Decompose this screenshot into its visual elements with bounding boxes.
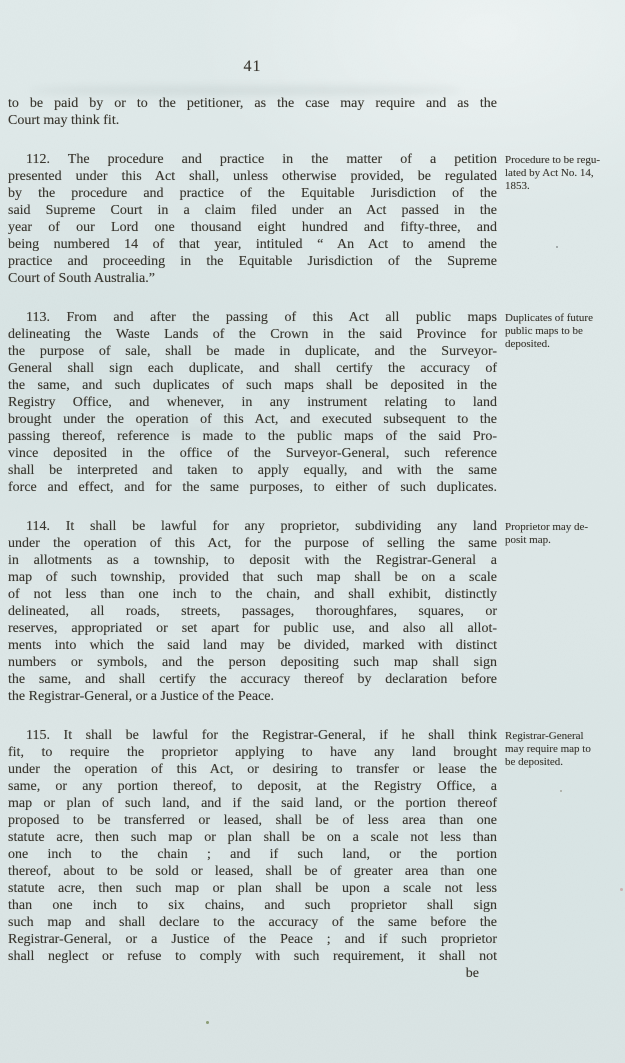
text-line: passing thereof, reference is made to th…: [8, 428, 497, 445]
text-line: by the procedure and practice of the Equ…: [8, 185, 497, 202]
text-line: shall be interpreted and taken to apply …: [8, 462, 497, 479]
text-line: brought under the operation of this Act,…: [8, 411, 497, 428]
margin-note-line: may require map to: [505, 743, 625, 756]
scanned-page: 41 to be paid by or to the petitioner, a…: [0, 0, 625, 1063]
text-line: proposed to be transferred or leased, sh…: [8, 812, 497, 829]
text-line: such map and shall declare to the accura…: [8, 914, 497, 931]
section-115: 115. It shall be lawful for the Registra…: [8, 727, 622, 982]
text-line: Registrar-General, or a Justice of the P…: [8, 931, 497, 948]
paragraph-continuation: to be paid by or to the petitioner, as t…: [8, 95, 622, 129]
scan-smudge: [30, 86, 460, 95]
text-line: delineated, all roads, streets, passages…: [8, 603, 497, 620]
text-line: 115. It shall be lawful for the Registra…: [8, 727, 497, 744]
text-line: map of such township, provided that such…: [8, 569, 497, 586]
text-line: map or plan of such land, and if the sai…: [8, 795, 497, 812]
text-line: than one inch to six chains, and such pr…: [8, 897, 497, 914]
text-line: the same, and such duplicates of such ma…: [8, 377, 497, 394]
page-content: to be paid by or to the petitioner, as t…: [8, 95, 622, 1004]
margin-note-line: lated by Act No. 14,: [505, 167, 625, 180]
text-line: being numbered 14 of that year, intitule…: [8, 236, 497, 253]
text-line: statute acre, then such map or plan shal…: [8, 829, 497, 846]
section-113: 113. From and after the passing of this …: [8, 309, 622, 496]
margin-note-line: posit map.: [505, 534, 625, 547]
margin-note-line: Registrar-General: [505, 730, 625, 743]
margin-note-line: public maps to be: [505, 325, 625, 338]
text-line: thereof, about to be sold or leased, sha…: [8, 863, 497, 880]
ink-speck: [206, 1021, 209, 1024]
text-line: General shall sign each duplicate, and s…: [8, 360, 497, 377]
text-line: the purpose of sale, shall be made in du…: [8, 343, 497, 360]
page-number: 41: [8, 58, 497, 76]
paragraph-text: to be paid by or to the petitioner, as t…: [8, 95, 497, 129]
text-line: shall neglect or refuse to comply with s…: [8, 948, 497, 965]
text-line: in allotments as a township, to deposit …: [8, 552, 497, 569]
text-line: 112. The procedure and practice in the m…: [8, 151, 497, 168]
text-line: of not less than one inch to the chain, …: [8, 586, 497, 603]
text-line: year of our Lord one thousand eight hund…: [8, 219, 497, 236]
margin-note: Registrar-Generalmay require map tobe de…: [505, 730, 625, 769]
text-line: said Supreme Court in a claim filed unde…: [8, 202, 497, 219]
margin-note-line: be deposited.: [505, 756, 625, 769]
text-line: statute acre, then such map or plan shal…: [8, 880, 497, 897]
text-line: 113. From and after the passing of this …: [8, 309, 497, 326]
text-line: Court of South Australia.”: [8, 270, 497, 287]
text-line: the same, and shall certify the accuracy…: [8, 671, 497, 688]
paragraph-text: 112. The procedure and practice in the m…: [8, 151, 497, 287]
text-line: under the operation of this Act, for the…: [8, 535, 497, 552]
text-line: fit, to require the proprietor applying …: [8, 744, 497, 761]
text-line: under the operation of this Act, or desi…: [8, 761, 497, 778]
catchword-line: be: [8, 965, 497, 982]
margin-note-line: Duplicates of future: [505, 312, 625, 325]
text-line: Court may think fit.: [8, 112, 497, 129]
text-line: the Registrar-General, or a Justice of t…: [8, 688, 497, 705]
text-line: vince deposited in the office of the Sur…: [8, 445, 497, 462]
margin-note-line: deposited.: [505, 338, 625, 351]
text-line: 114. It shall be lawful for any propriet…: [8, 518, 497, 535]
text-line: delineating the Waste Lands of the Crown…: [8, 326, 497, 343]
paragraph-text: 115. It shall be lawful for the Registra…: [8, 727, 497, 982]
text-line: practice and proceeding in the Equitable…: [8, 253, 497, 270]
margin-note: Duplicates of futurepublic maps to bedep…: [505, 312, 625, 351]
text-line: one inch to the chain ; and if such land…: [8, 846, 497, 863]
text-line: same, or any portion thereof, to deposit…: [8, 778, 497, 795]
text-line: to be paid by or to the petitioner, as t…: [8, 95, 497, 112]
margin-note-line: 1853.: [505, 180, 625, 193]
section-114: 114. It shall be lawful for any propriet…: [8, 518, 622, 705]
text-line: ments into which the said land may be di…: [8, 637, 497, 654]
paragraph-text: 114. It shall be lawful for any propriet…: [8, 518, 497, 705]
section-112: 112. The procedure and practice in the m…: [8, 151, 622, 287]
margin-note-line: Proprietor may de-: [505, 521, 625, 534]
text-line: reserves, appropriated or set apart for …: [8, 620, 497, 637]
margin-note: Proprietor may de-posit map.: [505, 521, 625, 547]
paragraph-text: 113. From and after the passing of this …: [8, 309, 497, 496]
text-line: numbers or symbols, and the person depos…: [8, 654, 497, 671]
text-line: force and effect, and for the same purpo…: [8, 479, 497, 496]
margin-note-line: Procedure to be regu-: [505, 154, 625, 167]
margin-note: Procedure to be regu-lated by Act No. 14…: [505, 154, 625, 193]
text-line: Registry Office, and whenever, in any in…: [8, 394, 497, 411]
text-line: presented under this Act shall, unless o…: [8, 168, 497, 185]
